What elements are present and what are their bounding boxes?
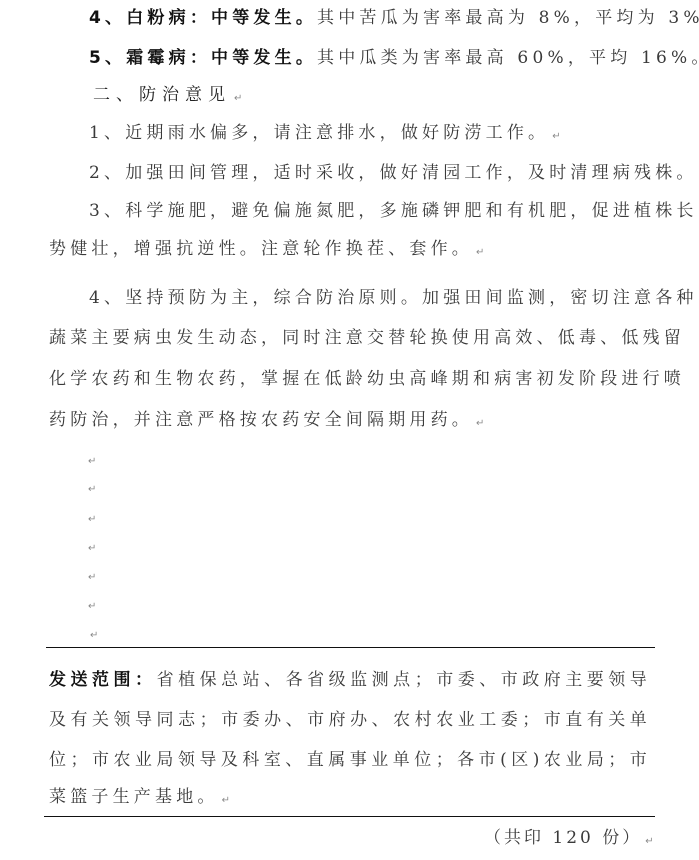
disease-label: 5、霜霉病：中等发生。 xyxy=(89,48,317,68)
advice-item-4-line-3: 化学农药和生物农药，掌握在低龄幼虫高峰期和病害初发阶段进行喷 xyxy=(49,368,651,390)
distribution-line-4: 菜篮子生产基地。↵ xyxy=(49,786,651,812)
disease-detail: 其中苦瓜为害率最高为 8%，平均为 3%。 xyxy=(317,8,699,28)
disease-item-powdery-mildew: 4、白粉病：中等发生。其中苦瓜为害率最高为 8%，平均为 3%。↵ xyxy=(89,7,651,33)
copies-note-text: （共印 120 份） xyxy=(484,828,642,848)
disease-label: 4、白粉病：中等发生。 xyxy=(89,8,317,28)
advice-text: 2、加强田间管理，适时采收，做好清园工作，及时清理病残株。 xyxy=(89,163,698,183)
advice-item-4-line-1: 4、坚持预防为主，综合防治原则。加强田间监测，密切注意各种 xyxy=(89,287,651,309)
empty-paragraph-mark-icon: ↵ xyxy=(90,630,98,642)
advice-item-3-line-2: 势健壮，增强抗逆性。注意轮作换茬、套作。↵ xyxy=(49,238,651,264)
paragraph-mark-icon: ↵ xyxy=(476,418,484,429)
empty-paragraph-mark-icon: ↵ xyxy=(88,514,96,526)
distribution-line-3: 位；市农业局领导及科室、直属事业单位；各市(区)农业局；市 xyxy=(49,749,651,771)
advice-item-3-line-1: 3、科学施肥，避免偏施氮肥，多施磷钾肥和有机肥，促进植株长 xyxy=(89,200,651,222)
advice-text: 药防治，并注意严格按农药安全间隔期用药。 xyxy=(49,410,473,430)
advice-item-4-line-2: 蔬菜主要病虫发生动态，同时注意交替轮换使用高效、低毒、低残留 xyxy=(49,327,651,349)
divider-bottom xyxy=(44,816,655,817)
distribution-line-2: 及有关领导同志；市委办、市府办、农村农业工委；市直有关单 xyxy=(49,709,651,731)
distribution-label: 发送范围： xyxy=(49,670,157,690)
copies-note: （共印 120 份）↵ xyxy=(484,827,654,853)
disease-item-downy-mildew: 5、霜霉病：中等发生。其中瓜类为害率最高 60%，平均 16%。↵ xyxy=(89,47,651,73)
advice-text: 势健壮，增强抗逆性。注意轮作换茬、套作。 xyxy=(49,239,473,259)
disease-detail: 其中瓜类为害率最高 60%，平均 16%。 xyxy=(317,48,699,68)
distribution-text: 菜篮子生产基地。 xyxy=(49,787,219,807)
empty-paragraph-mark-icon: ↵ xyxy=(88,456,96,468)
divider-top xyxy=(46,647,655,648)
paragraph-mark-icon: ↵ xyxy=(552,131,560,142)
distribution-line-1: 发送范围：省植保总站、各省级监测点；市委、市政府主要领导 xyxy=(49,669,651,691)
section-heading: 二、防治意见↵ xyxy=(93,84,651,110)
section-heading-text: 二、防治意见 xyxy=(93,85,231,105)
paragraph-mark-icon: ↵ xyxy=(234,93,242,104)
distribution-text: 省植保总站、各省级监测点；市委、市政府主要领导 xyxy=(157,670,651,690)
advice-item-2: 2、加强田间管理，适时采收，做好清园工作，及时清理病残株。↵ xyxy=(89,162,651,188)
paragraph-mark-icon: ↵ xyxy=(645,836,653,847)
empty-paragraph-mark-icon: ↵ xyxy=(88,543,96,555)
empty-paragraph-mark-icon: ↵ xyxy=(88,601,96,613)
advice-item-4-line-4: 药防治，并注意严格按农药安全间隔期用药。↵ xyxy=(49,409,651,435)
empty-paragraph-mark-icon: ↵ xyxy=(88,484,96,496)
advice-item-1: 1、近期雨水偏多，请注意排水，做好防涝工作。↵ xyxy=(89,122,651,148)
empty-paragraph-mark-icon: ↵ xyxy=(88,572,96,584)
paragraph-mark-icon: ↵ xyxy=(222,795,230,806)
advice-text: 1、近期雨水偏多，请注意排水，做好防涝工作。 xyxy=(89,123,549,143)
paragraph-mark-icon: ↵ xyxy=(476,247,484,258)
